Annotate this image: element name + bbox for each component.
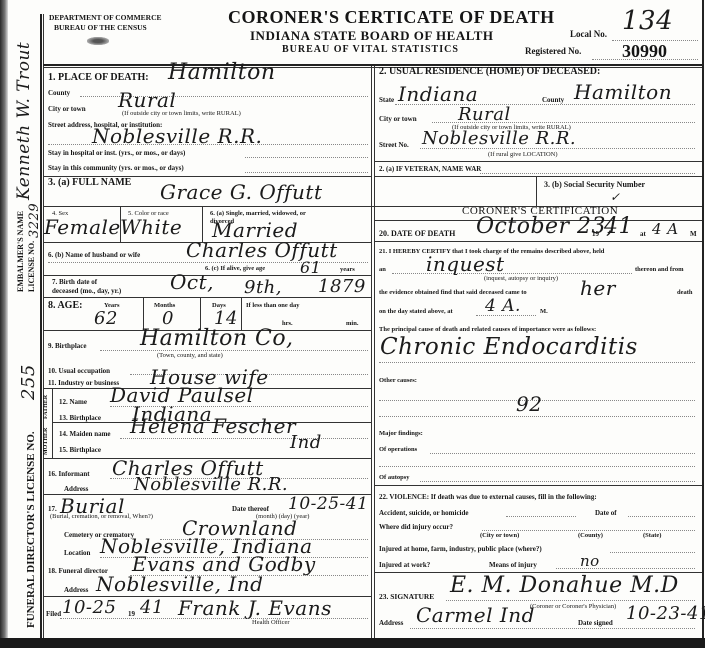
date-signed-label: Date signed (578, 619, 613, 627)
informant-address-value: Noblesville R.R. (134, 474, 288, 495)
death-city-label: City or town (48, 105, 86, 113)
date-of-label: Date of (595, 509, 617, 517)
residence-state-label: State (379, 96, 394, 104)
operations-label: Of operations (379, 446, 417, 453)
principal-cause-label: The principal cause of death and related… (379, 326, 596, 333)
birth-label-1: 7. Birth date of (52, 278, 97, 286)
residence-county-label: County (542, 96, 564, 104)
health-officer-signature: Frank J. Evans (178, 596, 332, 620)
embalmer-label: EMBALMER'S NAME (16, 211, 25, 292)
age-years-value: 62 (94, 308, 118, 329)
residence-street-hint: (If rural give LOCATION) (488, 151, 558, 158)
birth-day: 9th, (244, 277, 282, 298)
injured-work-label: Injured at work? (379, 561, 430, 569)
death-city-value: Rural (118, 88, 176, 112)
document-subtitle2: BUREAU OF VITAL STATISTICS (282, 44, 459, 55)
signature-hint: (Coroner or Coroner's Physician) (530, 603, 616, 610)
date-of-death-year: 41 (604, 214, 633, 239)
stay-community-label: Stay in this community (yrs. or mos., or… (48, 164, 184, 172)
department-line1: DEPARTMENT OF COMMERCE (49, 13, 162, 22)
age-label: 8. AGE: (48, 300, 82, 311)
place-of-death-label: 1. PLACE OF DEATH: (48, 72, 149, 83)
mother-birthplace-value: Ind (290, 432, 322, 453)
registered-no-label: Registered No. (525, 46, 581, 56)
document-title: CORONER'S CERTICATE OF DEATH (228, 7, 555, 28)
location-label: Location (64, 549, 90, 557)
residence-state-value: Indiana (398, 82, 478, 106)
informant-label: 16. Informant (48, 470, 90, 478)
filed-label: Filed (46, 610, 61, 618)
residence-street-label: Street No. (379, 141, 409, 149)
major-findings-label: Major findings: (379, 430, 423, 437)
document-subtitle: INDIANA STATE BOARD OF HEALTH (250, 28, 494, 44)
death-certificate: Kenneth W. Trout EMBALMER'S NAME LICENSE… (0, 0, 705, 648)
signature-address-value: Carmel Ind (416, 603, 535, 627)
color-value: White (120, 215, 182, 239)
department-line2: BUREAU OF THE CENSUS (54, 23, 147, 32)
frame-right (702, 0, 704, 638)
spouse-age-label: 6. (c) If alive, give age (205, 265, 265, 272)
birthplace-label: 9. Birthplace (48, 342, 87, 350)
mother-birthplace-label: 15. Birthplace (59, 446, 101, 454)
signature-address-label: Address (379, 619, 403, 627)
sex-value: Female (44, 215, 121, 239)
funeral-director-license-label: FUNERAL DIRECTOR'S LICENSE NO. (25, 431, 37, 628)
ssn-value: ✓ (610, 190, 621, 204)
mother-maiden-value: Helena Fescher (130, 414, 296, 438)
date-of-death-year-prefix: 19 (592, 230, 599, 238)
certify-line-3a: the evidence obtained find that said dec… (379, 289, 527, 296)
county-hint: (County) (578, 532, 603, 539)
date-of-death-time: 4 A (652, 220, 679, 238)
scan-edge (0, 0, 8, 648)
certify-an: an (379, 266, 386, 273)
funeral-director-license: 255 (18, 364, 39, 400)
burial-date-value: 10-25-41 (288, 494, 368, 514)
filed-year-prefix: 19 (128, 610, 135, 618)
birth-label-2: deceased (mo., day, yr.) (52, 287, 121, 295)
frame-left (40, 14, 42, 638)
age-less-label: If less than one day (246, 302, 299, 309)
certify-time-value: 4 A. (485, 296, 521, 316)
residence-label: 2. USUAL RESIDENCE (HOME) OF DECEASED: (379, 66, 600, 77)
father-label: FATHER (43, 395, 49, 419)
father-name-label: 12. Name (59, 398, 87, 406)
burial-num: 17. (48, 505, 57, 513)
spouse-age-unit: years (340, 266, 355, 273)
date-of-death-label: 20. DATE OF DEATH (379, 229, 455, 238)
principal-cause-value: Chronic Endocarditis (380, 334, 638, 360)
column-divider-2 (374, 64, 375, 638)
burial-date-label: Date thereof (232, 505, 269, 513)
full-name-value: Grace G. Offutt (160, 180, 323, 204)
informant-address-label: Address (64, 485, 88, 493)
certify-hint: (inquest, autopsy or inquiry) (484, 275, 558, 282)
birthplace-hint: (Town, county, and state) (157, 352, 223, 359)
industry-label: 11. Industry or business (48, 379, 119, 387)
full-name-label: 3. (a) FULL NAME (48, 177, 131, 188)
other-causes-value: 92 (516, 392, 542, 416)
other-causes-label: Other causes: (379, 377, 417, 384)
residence-county-value: Hamilton (574, 80, 672, 104)
funeral-director-address-label: Address (64, 586, 88, 594)
father-birthplace-label: 13. Birthplace (59, 414, 101, 422)
local-no-label: Local No. (570, 29, 607, 39)
violence-label: 22. VIOLENCE: If death was due to extern… (379, 493, 597, 501)
injured-at-label: Injured at home, farm, industry, public … (379, 545, 542, 553)
residence-street-value: Noblesville R.R. (422, 128, 576, 149)
local-no-value: 134 (622, 6, 673, 36)
date-of-death-m: M (690, 230, 697, 238)
health-officer-label: Health Officer (252, 619, 290, 626)
occupation-label: 10. Usual occupation (48, 367, 110, 375)
stay-hospital-label: Stay in hospital or inst. (yrs., or mos.… (48, 149, 185, 157)
signature-label: 23. SIGNATURE (379, 592, 434, 601)
registered-no-value: 30990 (622, 41, 667, 62)
ssn-label: 3. (b) Social Security Number (544, 180, 645, 189)
mother-maiden-label: 14. Maiden name (59, 430, 111, 438)
birthplace-value: Hamilton Co, (140, 326, 294, 351)
city-hint: (City or town) (480, 532, 519, 539)
filed-year: 41 (140, 597, 164, 618)
spouse-label: 6. (b) Name of husband or wife (48, 251, 140, 259)
residence-city-label: City or town (379, 115, 417, 123)
state-hint: (State) (643, 532, 661, 539)
column-divider (371, 64, 372, 638)
certify-thereon: thereon and from (635, 266, 684, 273)
date-of-death-at: at (640, 230, 646, 238)
mother-label: MOTHER (43, 428, 49, 455)
certify-her-value: her (580, 276, 616, 300)
burial-method-hint: (Burial, cremation, or removal, When?) (50, 513, 153, 520)
census-seal-icon (87, 37, 109, 45)
scan-edge-bottom (0, 638, 705, 648)
funeral-director-address-value: Noblesville, Ind (96, 572, 263, 596)
birth-year: 1879 (318, 276, 366, 297)
death-city-hint: (If outside city or town limits, write R… (122, 110, 241, 117)
death-county-value: Hamilton (168, 60, 276, 85)
frame-left-inner (43, 14, 44, 638)
certify-line-3b: death (677, 289, 693, 296)
age-min-label: min. (346, 320, 358, 327)
accident-label: Accident, suicide, or homicide (379, 509, 469, 517)
autopsy-label: Of autopsy (379, 474, 410, 481)
filed-value: 10-25 (62, 597, 116, 618)
embalmer-name: Kenneth W. Trout (14, 42, 34, 200)
veteran-label: 2. (a) IF VETERAN, NAME WAR (379, 165, 481, 173)
means-label: Means of injury (489, 561, 537, 569)
birth-month: Oct, (170, 270, 214, 294)
death-county-label: County (48, 89, 70, 97)
date-signed-value: 10-23-41 (626, 603, 705, 624)
where-injury-label: Where did injury occur? (379, 523, 453, 531)
license-label: LICENSE NO. (27, 241, 36, 292)
certify-line-4b: M. (540, 308, 548, 315)
certify-line-4a: on the day stated above, at (379, 308, 453, 315)
signature-value: E. M. Donahue M.D (450, 573, 679, 598)
